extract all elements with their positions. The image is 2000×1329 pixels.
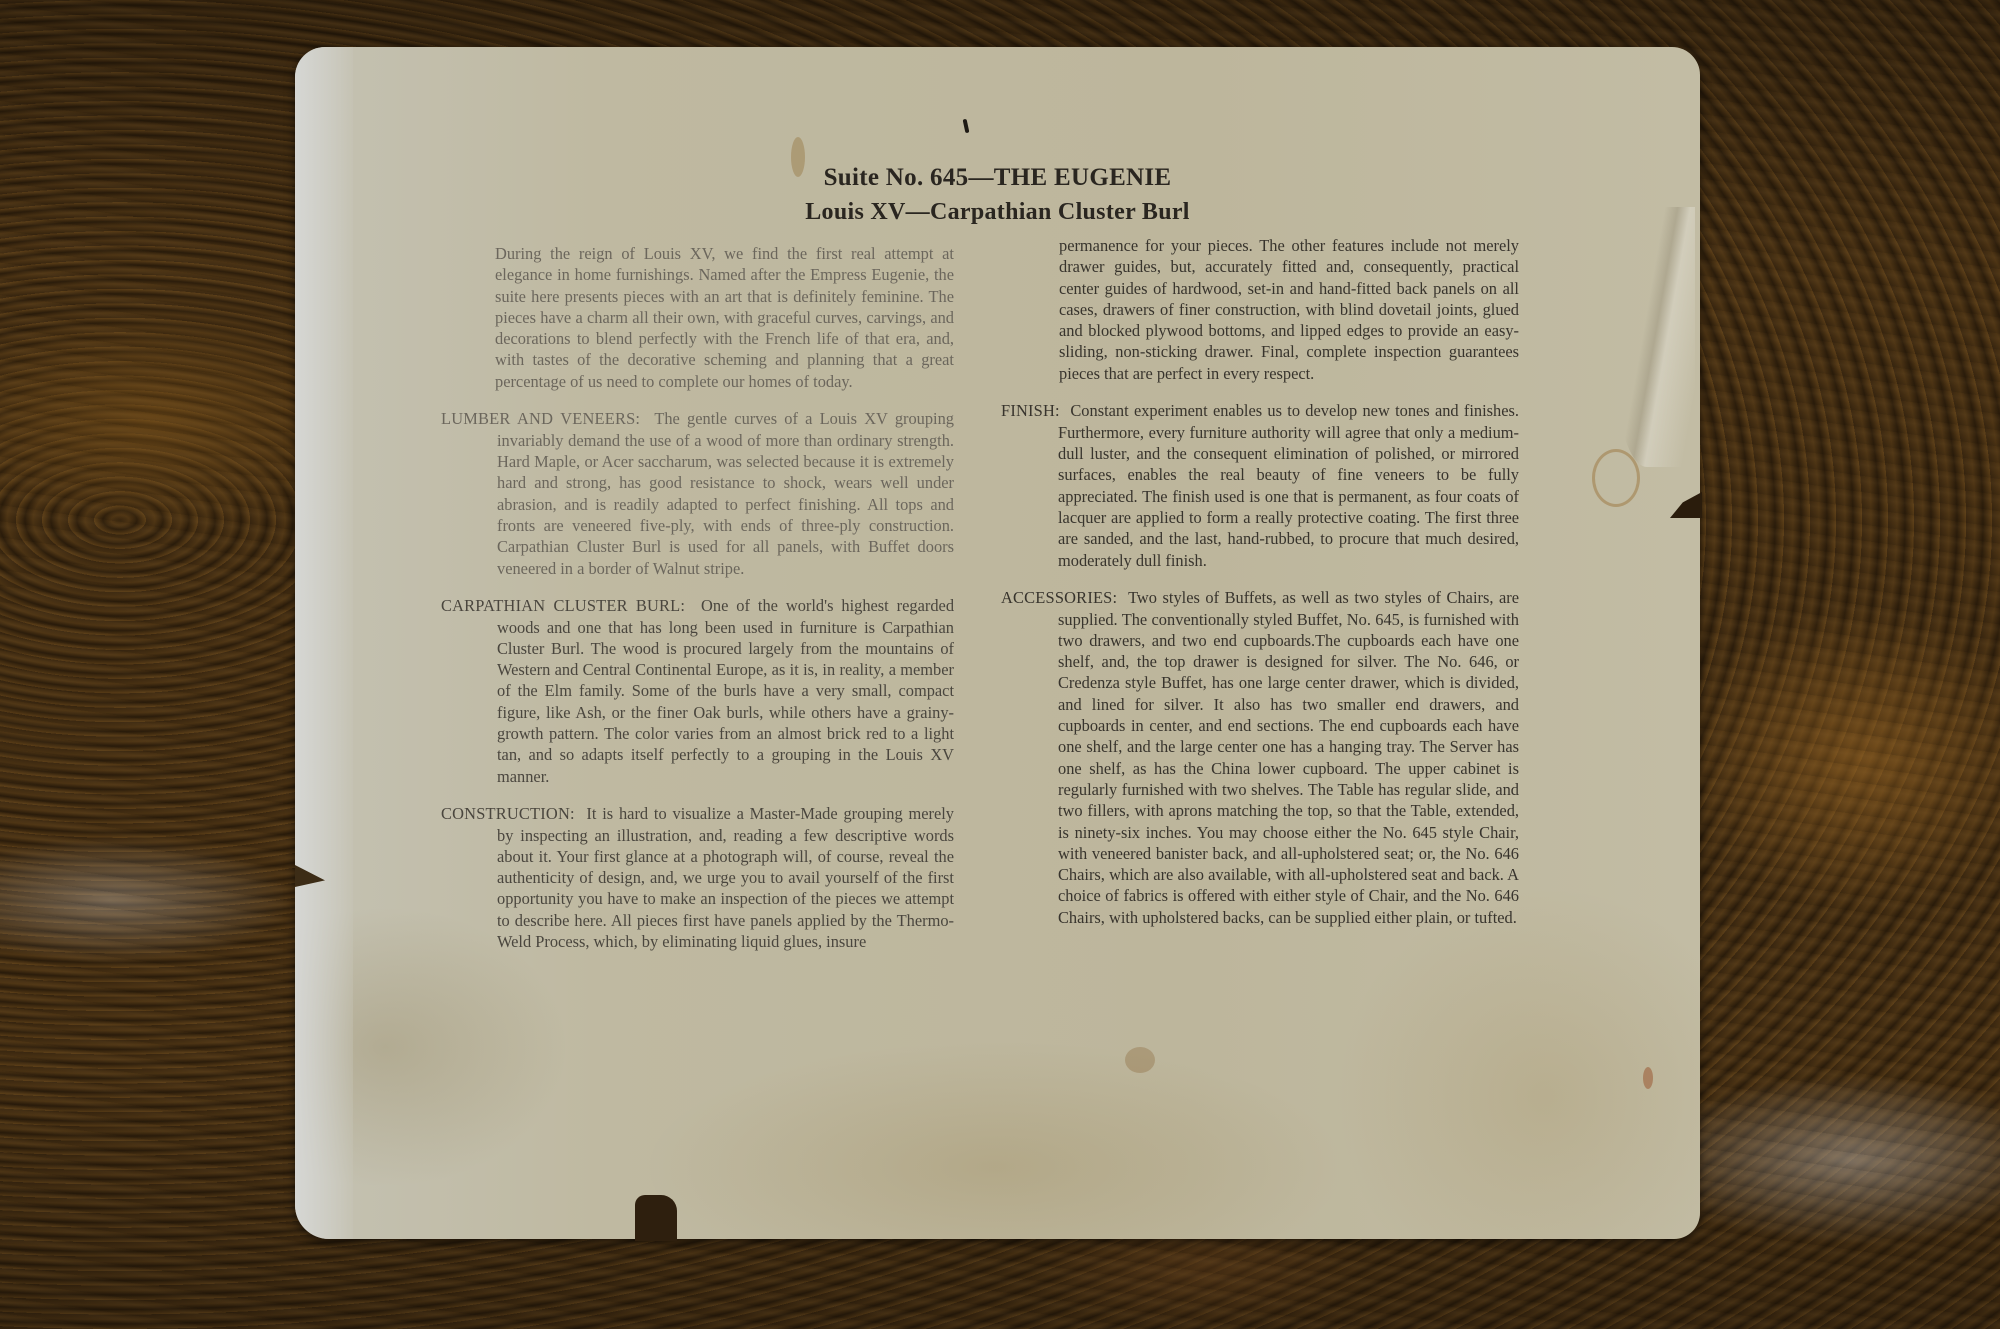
section-text: The gentle curves of a Louis XV grouping… — [497, 409, 954, 577]
section-heading: FINISH: — [1001, 401, 1060, 420]
section-lumber-and-veneers: LUMBER AND VENEERS: The gentle curves of… — [441, 408, 954, 578]
water-ring-stain — [1592, 449, 1640, 507]
section-construction: CONSTRUCTION: It is hard to visualize a … — [441, 803, 954, 952]
left-column: During the reign of Louis XV, we find th… — [441, 243, 954, 962]
pencil-mark — [963, 119, 970, 134]
section-text: One of the world's highest regarded wood… — [497, 596, 954, 785]
stain-mark — [1643, 1067, 1653, 1089]
section-heading: CONSTRUCTION: — [441, 804, 575, 823]
intro-paragraph: During the reign of Louis XV, we find th… — [495, 243, 954, 392]
section-finish: FINISH: Constant experiment enables us t… — [1001, 400, 1519, 570]
section-carpathian-cluster-burl: CARPATHIAN CLUSTER BURL: One of the worl… — [441, 595, 954, 787]
right-column: permanence for your pieces. The other fe… — [1001, 235, 1519, 938]
document-title: Suite No. 645—THE EUGENIE — [295, 161, 1700, 195]
stain-mark — [1125, 1047, 1155, 1073]
right-edge-tear — [1670, 492, 1702, 518]
bottom-edge-tear — [635, 1195, 677, 1241]
document-heading: Suite No. 645—THE EUGENIE Louis XV—Carpa… — [295, 161, 1700, 229]
section-accessories: ACCESSORIES: Two styles of Buffets, as w… — [1001, 587, 1519, 928]
paper-crease — [1615, 207, 1695, 467]
section-text: Two styles of Buffets, as well as two st… — [1058, 588, 1519, 926]
construction-continued: permanence for your pieces. The other fe… — [1059, 235, 1519, 384]
section-text: Constant experiment enables us to develo… — [1058, 401, 1519, 569]
section-heading: CARPATHIAN CLUSTER BURL: — [441, 596, 685, 615]
section-text: It is hard to visualize a Master-Made gr… — [497, 804, 954, 951]
section-heading: ACCESSORIES: — [1001, 588, 1117, 607]
document-subtitle: Louis XV—Carpathian Cluster Burl — [295, 195, 1700, 229]
document-sheet: Suite No. 645—THE EUGENIE Louis XV—Carpa… — [295, 47, 1700, 1239]
section-heading: LUMBER AND VENEERS: — [441, 409, 640, 428]
